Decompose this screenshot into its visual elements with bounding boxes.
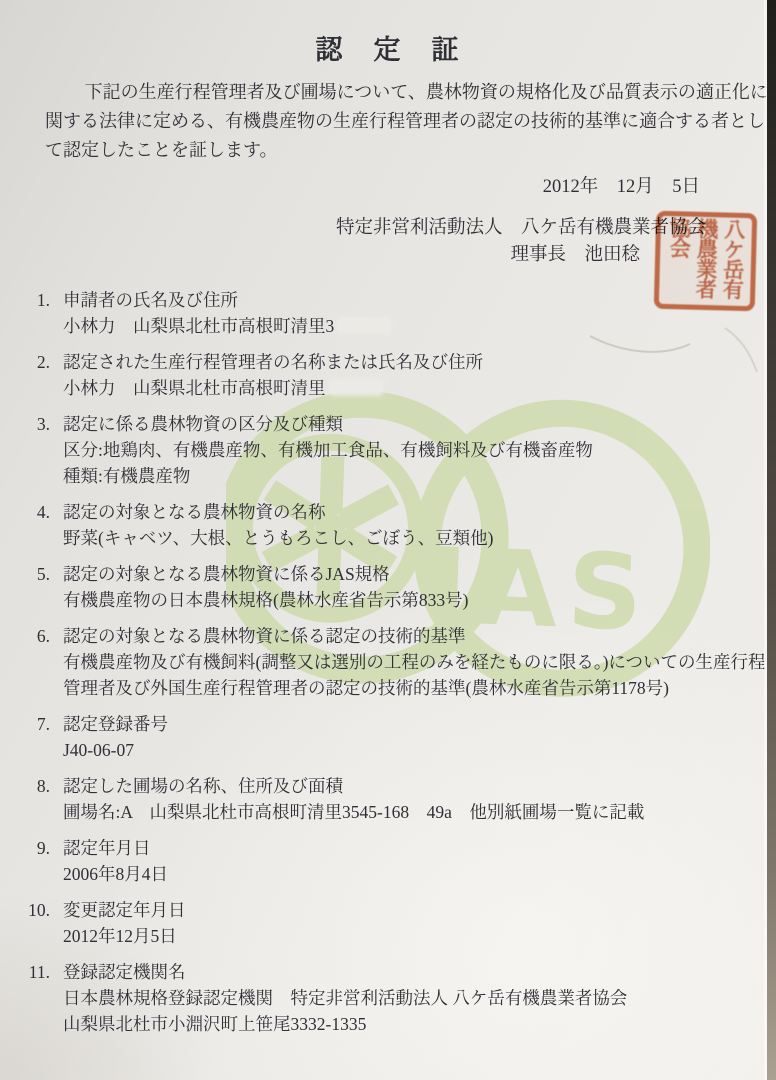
item-number: 9.	[0, 835, 50, 887]
item-line-text: 小林力 山梨県北杜市高根町清里	[63, 378, 326, 398]
item-number: 4.	[0, 499, 50, 551]
item-body: 認定された生産行程管理者の名称または氏名及び住所小林力 山梨県北杜市高根町清里	[63, 349, 483, 401]
intro-line: 関する法律に定める、有機農産物の生産行程管理者の認定の技術的基準に適合する者とし	[45, 107, 740, 136]
item-label: 認定の対象となる農林物資に係る認定の技術的基準	[63, 623, 766, 649]
seal-text: 八ケ岳有機農業者協会	[664, 217, 747, 305]
list-item: 9.認定年月日2006年8月4日	[0, 835, 750, 887]
item-label: 認定に係る農林物資の区分及び種類	[63, 411, 593, 437]
item-line-text: 山梨県北杜市小淵沢町上笹尾3332-1335	[63, 1014, 366, 1034]
intro-line: て認定したことを証します。	[45, 136, 740, 165]
item-body: 変更認定年月日2012年12月5日	[63, 897, 186, 949]
list-item: 2.認定された生産行程管理者の名称または氏名及び住所小林力 山梨県北杜市高根町清…	[0, 349, 750, 401]
item-label: 認定した圃場の名称、住所及び面積	[63, 773, 644, 799]
item-number: 10.	[0, 897, 50, 949]
item-line-text: 日本農林規格登録認定機関 特定非営利活動法人 八ケ岳有機農業者協会	[63, 988, 627, 1008]
item-body: 認定の対象となる農林物資に係るJAS規格有機農産物の日本農林規格(農林水産省告示…	[63, 561, 468, 613]
issuer-seal-stamp: 八ケ岳有機農業者協会	[654, 211, 758, 312]
item-line-text: 野菜(キャベツ、大根、とうもろこし、ごぼう、豆類他)	[63, 528, 493, 548]
issuer-signer: 理事長 池田稔	[0, 242, 706, 269]
item-body: 認定に係る農林物資の区分及び種類区分:地鶏肉、有機農産物、有機加工食品、有機飼料…	[63, 411, 593, 489]
redaction-blur	[337, 317, 391, 334]
item-line: J40-06-07	[63, 737, 168, 763]
item-label: 認定の対象となる農林物資の名称	[63, 499, 493, 525]
list-item: 5.認定の対象となる農林物資に係るJAS規格有機農産物の日本農林規格(農林水産省…	[0, 561, 750, 613]
list-item: 4.認定の対象となる農林物資の名称野菜(キャベツ、大根、とうもろこし、ごぼう、豆…	[0, 499, 750, 551]
item-body: 認定の対象となる農林物資の名称野菜(キャベツ、大根、とうもろこし、ごぼう、豆類他…	[63, 499, 493, 551]
item-line: 有機農産物の日本農林規格(農林水産省告示第833号)	[63, 587, 468, 613]
item-line: 有機農産物及び有機飼料(調整又は選別の工程のみを経たものに限る。)についての生産…	[63, 649, 766, 675]
item-line-text: J40-06-07	[63, 740, 134, 760]
item-line: 2012年12月5日	[63, 923, 186, 949]
redaction-blur	[329, 379, 383, 396]
items-list: 1.申請者の氏名及び住所小林力 山梨県北杜市高根町清里32.認定された生産行程管…	[0, 287, 750, 1047]
item-line: 種類:有機農産物	[63, 463, 593, 489]
item-number: 8.	[0, 773, 50, 825]
item-number: 6.	[0, 623, 50, 701]
item-label: 認定年月日	[63, 835, 168, 861]
item-line: 野菜(キャベツ、大根、とうもろこし、ごぼう、豆類他)	[63, 525, 493, 551]
item-number: 1.	[0, 287, 50, 339]
item-label: 認定の対象となる農林物資に係るJAS規格	[63, 561, 468, 587]
intro-line: 下記の生産行程管理者及び圃場について、農林物資の規格化及び品質表示の適正化に	[45, 78, 740, 107]
item-body: 認定登録番号J40-06-07	[63, 711, 168, 763]
item-label: 認定登録番号	[63, 711, 168, 737]
item-line: 管理者及び外国生産行程管理者の認定の技術的基準(農林水産省告示第1178号)	[63, 675, 766, 701]
issuer-organization: 特定非営利活動法人 八ケ岳有機農業者協会	[0, 215, 706, 242]
list-item: 1.申請者の氏名及び住所小林力 山梨県北杜市高根町清里3	[0, 287, 750, 339]
item-body: 認定の対象となる農林物資に係る認定の技術的基準有機農産物及び有機飼料(調整又は選…	[63, 623, 766, 701]
item-label: 登録認定機関名	[63, 959, 627, 985]
item-line-text: 2012年12月5日	[63, 926, 177, 946]
item-line: 区分:地鶏肉、有機農産物、有機加工食品、有機飼料及び有機畜産物	[63, 437, 593, 463]
item-line-text: 小林力 山梨県北杜市高根町清里3	[63, 316, 334, 336]
item-line: 圃場名:A 山梨県北杜市高根町清里3545-168 49a 他別紙圃場一覧に記載	[63, 799, 644, 825]
page-title: 認 定 証	[0, 28, 776, 67]
item-body: 認定した圃場の名称、住所及び面積圃場名:A 山梨県北杜市高根町清里3545-16…	[63, 773, 644, 825]
issue-date: 2012年 12月 5日	[0, 172, 700, 198]
list-item: 10.変更認定年月日2012年12月5日	[0, 897, 750, 949]
photo-edge-shadow	[767, 0, 776, 1080]
item-line: 小林力 山梨県北杜市高根町清里	[63, 375, 483, 401]
item-number: 3.	[0, 411, 50, 489]
item-line-text: 種類:有機農産物	[63, 466, 190, 486]
item-label: 変更認定年月日	[63, 897, 186, 923]
item-line: 山梨県北杜市小淵沢町上笹尾3332-1335	[63, 1011, 627, 1037]
item-line-text: 2006年8月4日	[63, 864, 168, 884]
certificate-sheet: JAS 認 定 証 下記の生産行程管理者及び圃場について、農林物資の規格化及び品…	[0, 0, 776, 1080]
item-line-text: 有機農産物の日本農林規格(農林水産省告示第833号)	[63, 590, 468, 610]
item-line: 2006年8月4日	[63, 861, 168, 887]
item-line: 日本農林規格登録認定機関 特定非営利活動法人 八ケ岳有機農業者協会	[63, 985, 627, 1011]
item-number: 2.	[0, 349, 50, 401]
list-item: 3.認定に係る農林物資の区分及び種類区分:地鶏肉、有機農産物、有機加工食品、有機…	[0, 411, 750, 489]
item-label: 認定された生産行程管理者の名称または氏名及び住所	[63, 349, 483, 375]
item-line-text: 有機農産物及び有機飼料(調整又は選別の工程のみを経たものに限る。)についての生産…	[63, 652, 766, 672]
list-item: 7.認定登録番号J40-06-07	[0, 711, 750, 763]
list-item: 6.認定の対象となる農林物資に係る認定の技術的基準有機農産物及び有機飼料(調整又…	[0, 623, 750, 701]
item-line: 小林力 山梨県北杜市高根町清里3	[63, 313, 391, 339]
intro-paragraph: 下記の生産行程管理者及び圃場について、農林物資の規格化及び品質表示の適正化に 関…	[45, 78, 740, 165]
item-number: 5.	[0, 561, 50, 613]
item-line-text: 管理者及び外国生産行程管理者の認定の技術的基準(農林水産省告示第1178号)	[63, 678, 669, 698]
item-number: 7.	[0, 711, 50, 763]
item-body: 認定年月日2006年8月4日	[63, 835, 168, 887]
item-body: 登録認定機関名日本農林規格登録認定機関 特定非営利活動法人 八ケ岳有機農業者協会…	[63, 959, 627, 1037]
list-item: 8.認定した圃場の名称、住所及び面積圃場名:A 山梨県北杜市高根町清里3545-…	[0, 773, 750, 825]
item-number: 11.	[0, 959, 50, 1037]
list-item: 11.登録認定機関名日本農林規格登録認定機関 特定非営利活動法人 八ケ岳有機農業…	[0, 959, 750, 1037]
item-line-text: 圃場名:A 山梨県北杜市高根町清里3545-168 49a 他別紙圃場一覧に記載	[63, 802, 644, 822]
item-body: 申請者の氏名及び住所小林力 山梨県北杜市高根町清里3	[63, 287, 391, 339]
item-label: 申請者の氏名及び住所	[63, 287, 391, 313]
issuer-block: 特定非営利活動法人 八ケ岳有機農業者協会 理事長 池田稔	[0, 215, 706, 269]
item-line-text: 区分:地鶏肉、有機農産物、有機加工食品、有機飼料及び有機畜産物	[63, 440, 593, 460]
